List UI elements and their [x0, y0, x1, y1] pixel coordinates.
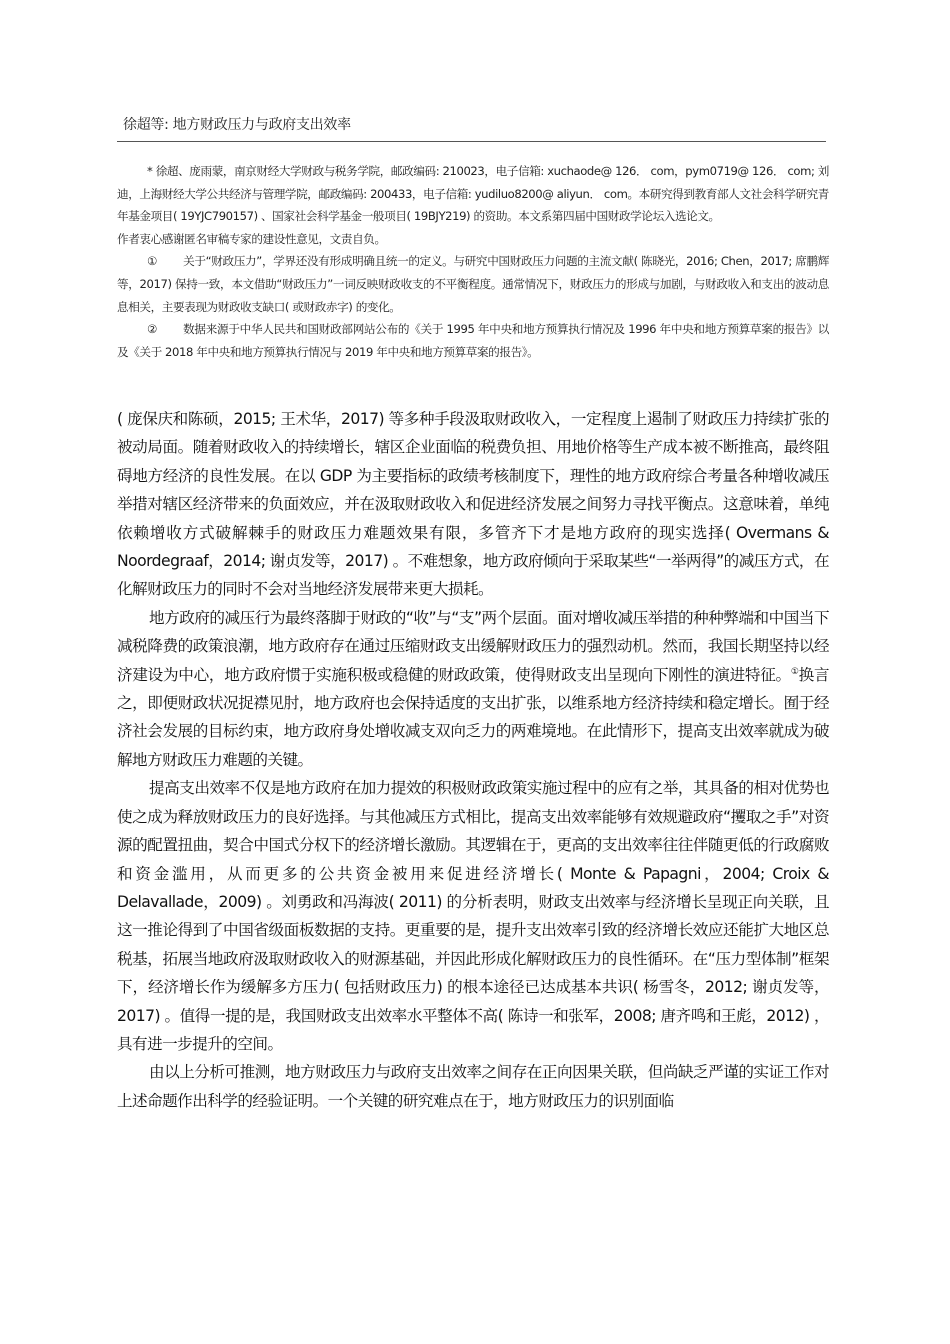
- header-rule: [117, 141, 826, 142]
- footnote-text: 数据来源于中华人民共和国财政部网站公布的《关于 1995 年中央和地方预算执行情…: [117, 322, 829, 359]
- footnote-2: ②数据来源于中华人民共和国财政部网站公布的《关于 1995 年中央和地方预算执行…: [117, 318, 829, 363]
- footnote-mark: ①: [147, 250, 183, 273]
- footnote-mark: ②: [147, 318, 183, 341]
- body-text: ( 庞保庆和陈硕，2015; 王术华，2017) 等多种手段汲取财政收入，一定程…: [117, 405, 829, 1115]
- footnote-ref[interactable]: ①: [791, 667, 799, 677]
- footnotes-section: * 徐超、庞雨蒙，南京财经大学财政与税务学院，邮政编码: 210023，电子信箱…: [117, 160, 829, 363]
- paragraph: 地方政府的减压行为最终落脚于财政的“收”与“支”两个层面。面对增收减压举措的种种…: [117, 604, 829, 774]
- author-footnote: * 徐超、庞雨蒙，南京财经大学财政与税务学院，邮政编码: 210023，电子信箱…: [117, 160, 829, 228]
- paragraph: 提高支出效率不仅是地方政府在加力提效的积极财政政策实施过程中的应有之举，其具备的…: [117, 774, 829, 1058]
- acknowledgement-footnote: 作者衷心感谢匿名审稿专家的建设性意见，文责自负。: [117, 228, 829, 251]
- footnote-1: ①关于“财政压力”，学界还没有形成明确且统一的定义。与研究中国财政压力问题的主流…: [117, 250, 829, 318]
- footnote-text: 关于“财政压力”，学界还没有形成明确且统一的定义。与研究中国财政压力问题的主流文…: [117, 254, 829, 313]
- paragraph-text: 地方政府的减压行为最终落脚于财政的“收”与“支”两个层面。面对增收减压举措的种种…: [117, 609, 829, 684]
- paragraph: 由以上分析可推测，地方财政压力与政府支出效率之间存在正向因果关联，但尚缺乏严谨的…: [117, 1058, 829, 1115]
- paragraph-continued: ( 庞保庆和陈硕，2015; 王术华，2017) 等多种手段汲取财政收入，一定程…: [117, 405, 829, 604]
- running-title: 徐超等: 地方财政压力与政府支出效率: [123, 114, 351, 134]
